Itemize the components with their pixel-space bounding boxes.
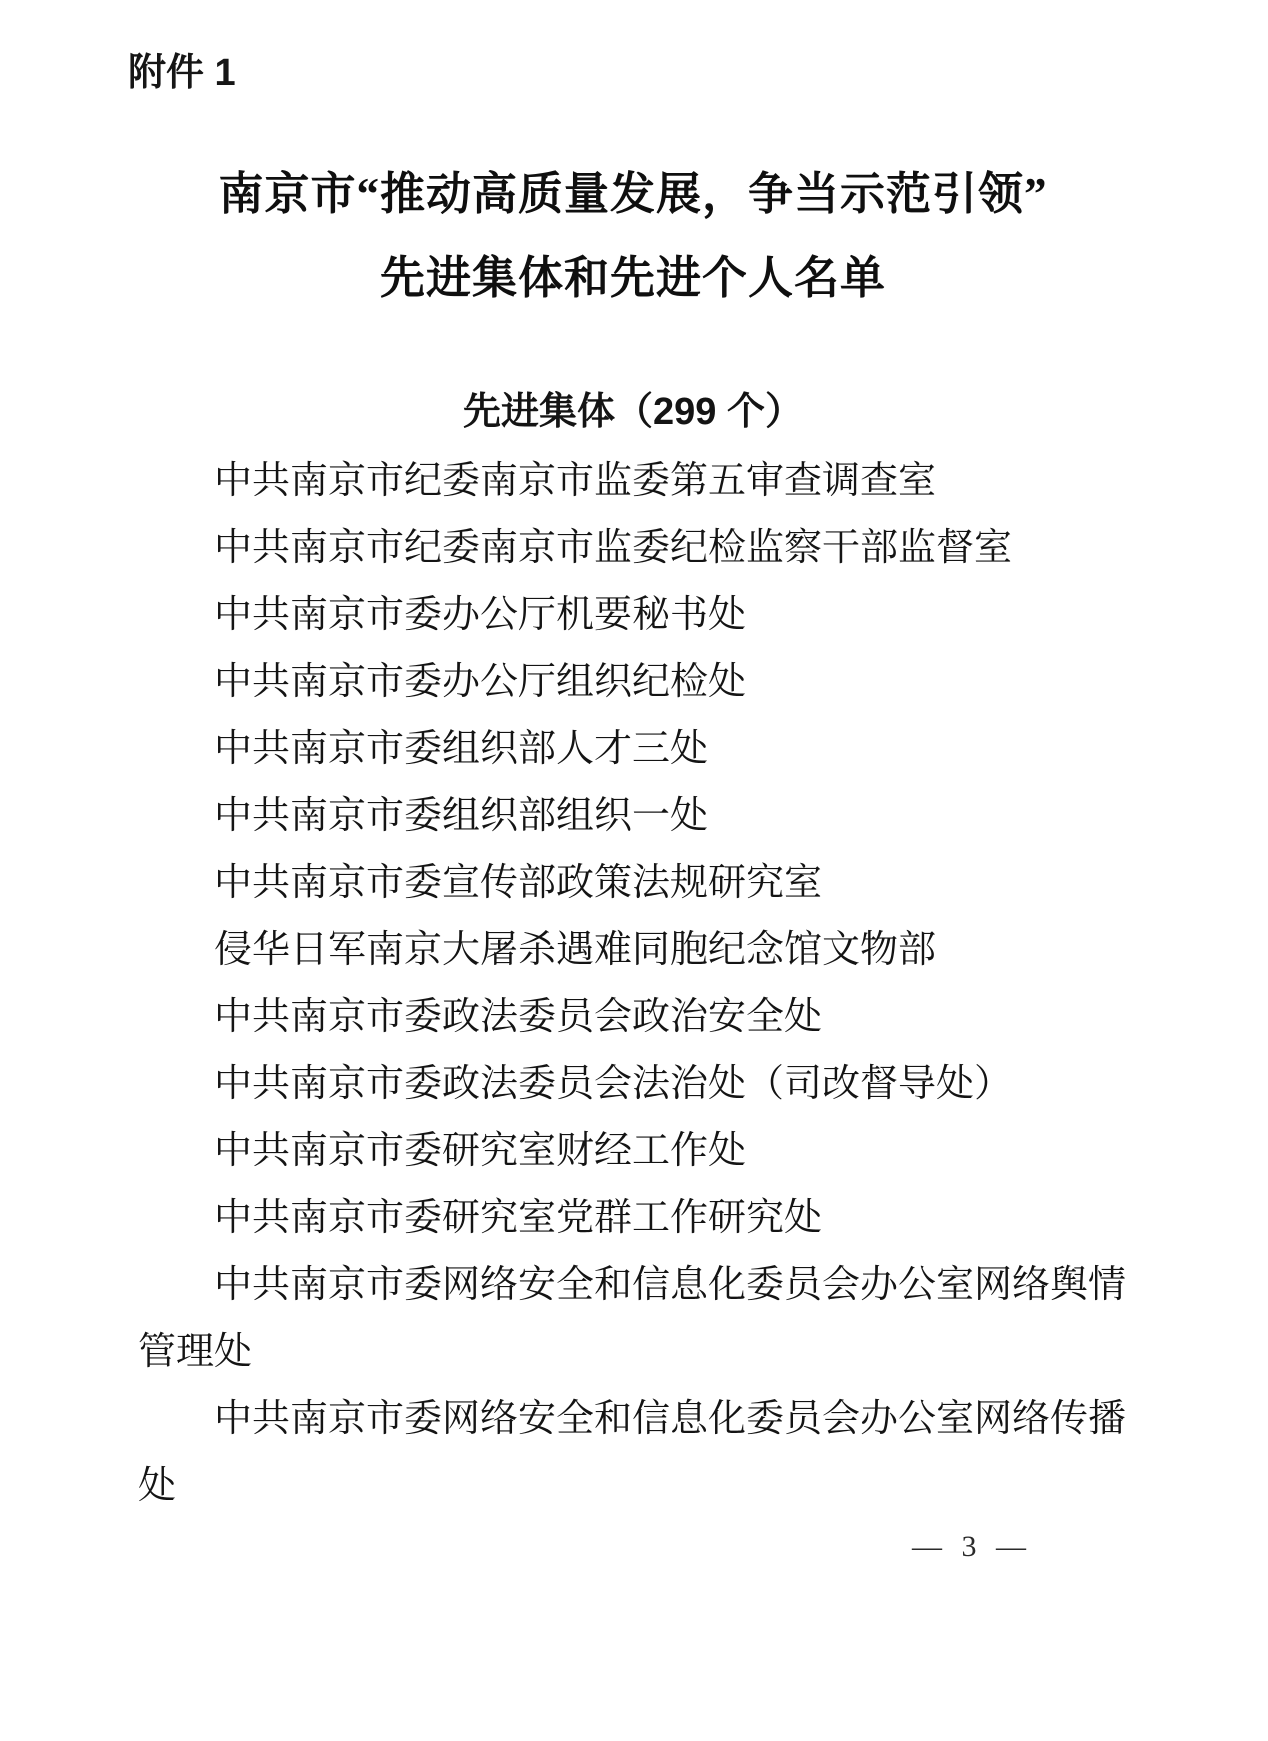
list-item: 中共南京市委政法委员会法治处（司改督导处）	[138, 1051, 1128, 1118]
list-item: 中共南京市委宣传部政策法规研究室	[138, 850, 1128, 917]
list-item: 中共南京市委组织部组织一处	[138, 783, 1128, 850]
document-title-line2: 先进集体和先进个人名单	[138, 236, 1128, 320]
section-heading: 先进集体（299 个）	[138, 390, 1128, 434]
page-number: — 3 —	[138, 1530, 1128, 1564]
list-item: 中共南京市委办公厅组织纪检处	[138, 649, 1128, 716]
list-item: 中共南京市委研究室党群工作研究处	[138, 1185, 1128, 1252]
advanced-collectives-list: 中共南京市纪委南京市监委第五审查调查室 中共南京市纪委南京市监委纪检监察干部监督…	[138, 448, 1128, 1520]
list-item: 中共南京市委组织部人才三处	[138, 716, 1128, 783]
list-item: 中共南京市委政法委员会政治安全处	[138, 984, 1128, 1051]
list-item: 中共南京市委网络安全和信息化委员会办公室网络传播处	[138, 1386, 1128, 1520]
attachment-label: 附件 1	[128, 50, 1128, 96]
list-item: 中共南京市纪委南京市监委纪检监察干部监督室	[138, 515, 1128, 582]
list-item: 中共南京市委办公厅机要秘书处	[138, 582, 1128, 649]
document-title: 南京市“推动高质量发展，争当示范引领” 先进集体和先进个人名单	[138, 152, 1128, 320]
list-item: 中共南京市委研究室财经工作处	[138, 1118, 1128, 1185]
list-item: 中共南京市纪委南京市监委第五审查调查室	[138, 448, 1128, 515]
list-item: 中共南京市委网络安全和信息化委员会办公室网络舆情管理处	[138, 1252, 1128, 1386]
document-title-line1: 南京市“推动高质量发展，争当示范引领”	[138, 152, 1128, 236]
list-item: 侵华日军南京大屠杀遇难同胞纪念馆文物部	[138, 917, 1128, 984]
document-page: 附件 1 南京市“推动高质量发展，争当示范引领” 先进集体和先进个人名单 先进集…	[0, 0, 1268, 1741]
